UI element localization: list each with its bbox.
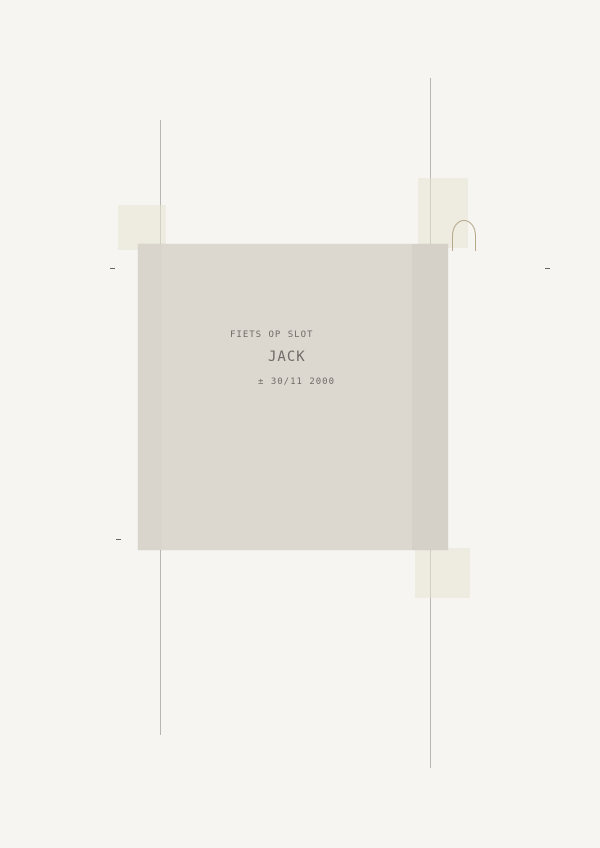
date: ± 30/11 2000 (258, 377, 335, 387)
signature: JACK (268, 349, 306, 365)
note-title: FIETS OP SLOT (230, 330, 313, 340)
tape-bottom-right (415, 548, 470, 598)
pencil-mark (545, 268, 550, 269)
card-tape-right (412, 244, 448, 550)
paper-sheet: FIETS OP SLOT JACK ± 30/11 2000 (0, 0, 600, 848)
card-face (162, 244, 412, 550)
pencil-mark (116, 539, 121, 540)
string-loop (452, 220, 476, 251)
mounted-card: FIETS OP SLOT JACK ± 30/11 2000 (138, 244, 448, 550)
pencil-mark (110, 268, 115, 269)
